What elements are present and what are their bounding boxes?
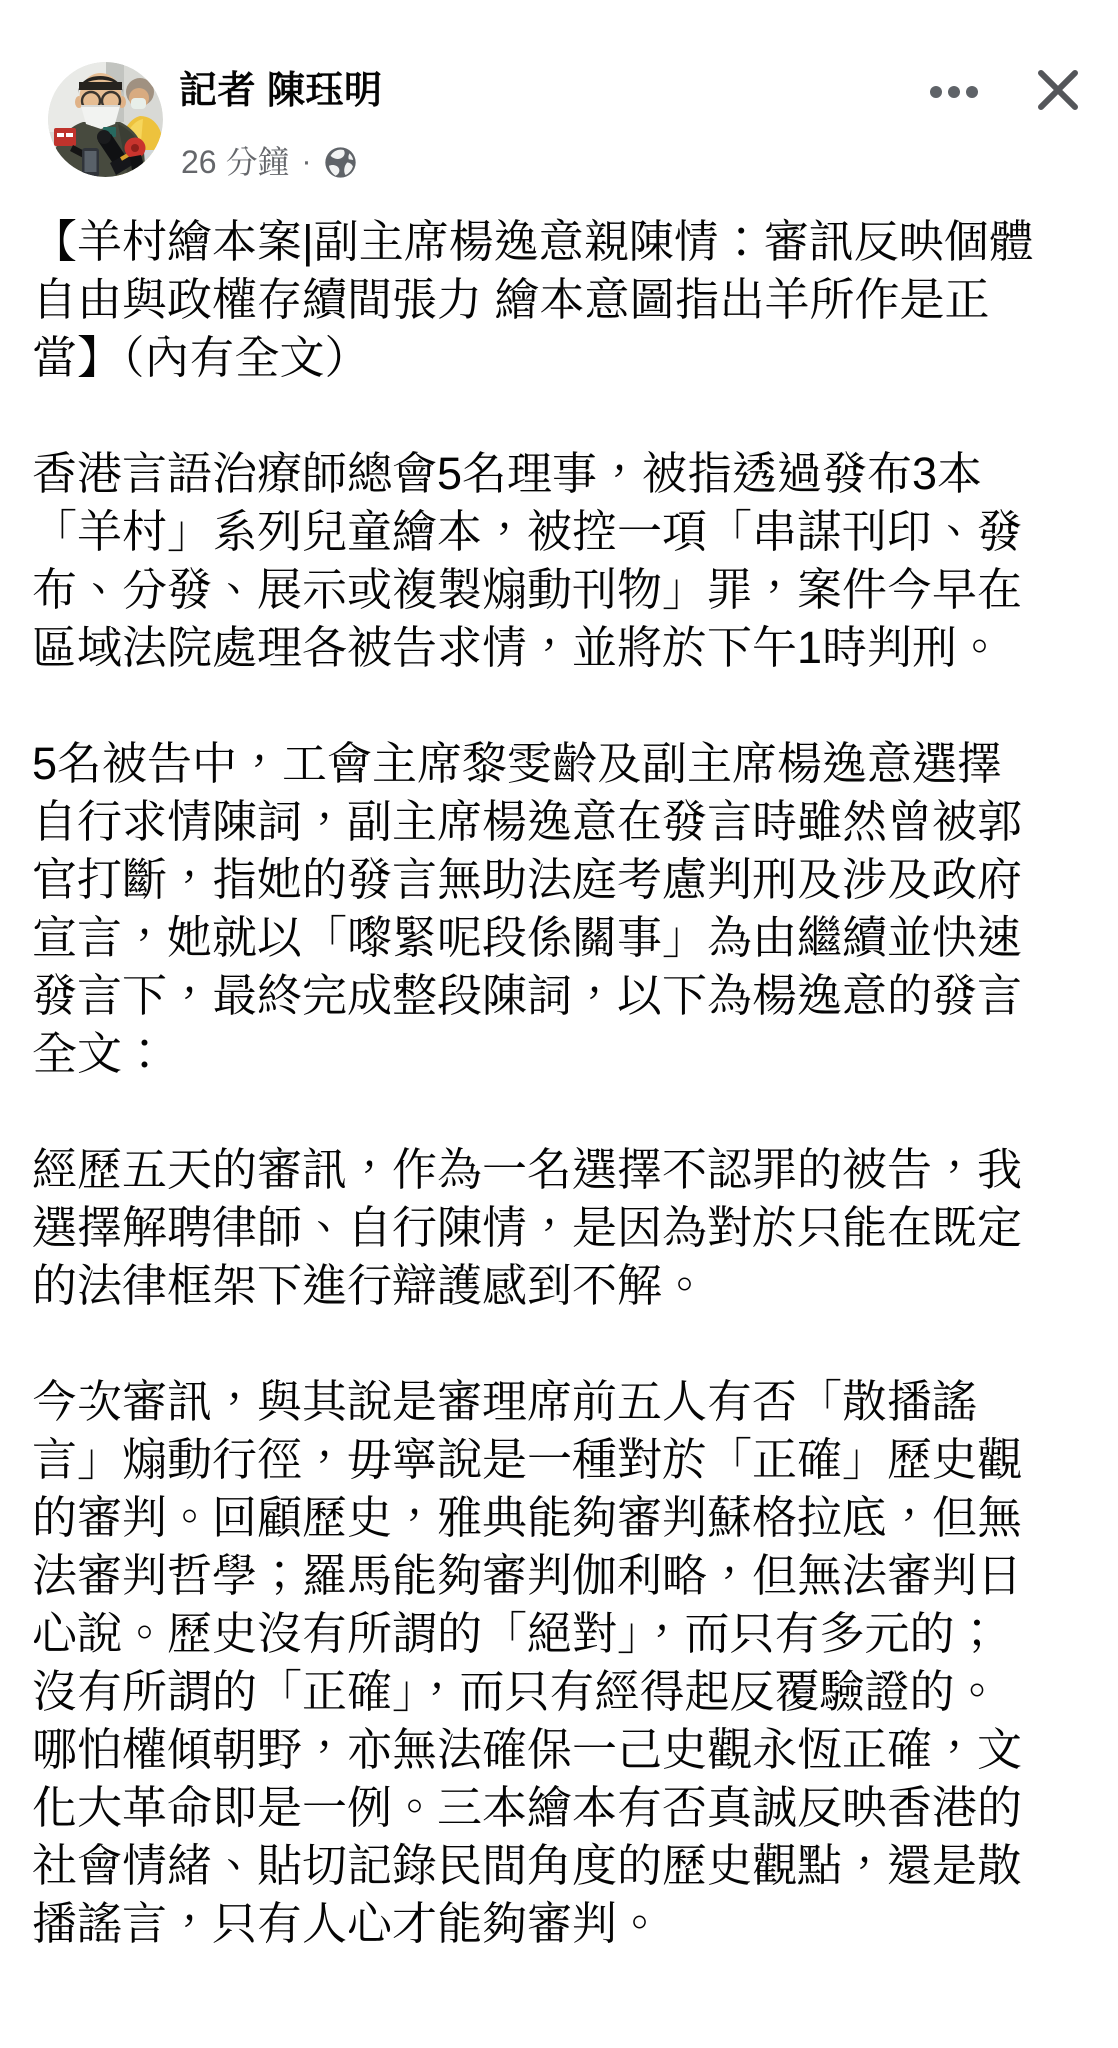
close-button[interactable] xyxy=(1030,62,1086,118)
more-options-button[interactable] xyxy=(922,70,986,114)
post-header: 記者 陳珏明 26 分鐘 · xyxy=(0,0,1118,177)
author-name[interactable]: 記者 陳珏明 xyxy=(179,70,383,114)
ellipsis-icon xyxy=(930,86,942,98)
post-paragraph: 香港言語治療師總會5名理事，被指透過發布3本「羊村」系列兒童繪本，被控一項「串謀… xyxy=(32,445,1040,677)
meta-separator: · xyxy=(302,141,312,183)
facebook-post-view: 記者 陳珏明 26 分鐘 · xyxy=(0,0,1118,2048)
avatar-photo-illustration xyxy=(48,62,163,177)
post-paragraph: 5名被告中，工會主席黎雯齡及副主席楊逸意選擇自行求情陳詞，副主席楊逸意在發言時雖… xyxy=(32,735,1040,1083)
post-paragraph: 經歷五天的審訊，作為一名選擇不認罪的被告，我選擇解聘律師、自行陳情，是因為對於只… xyxy=(32,1141,1040,1315)
post-paragraph: 今次審訊，與其說是審理席前五人有否「散播謠言」煽動行徑，毋寧說是一種對於「正確」… xyxy=(32,1373,1040,1953)
post-paragraph: 【羊村繪本案|副主席楊逸意親陳情：審訊反映個體自由與政權存續間張力 繪本意圖指出… xyxy=(32,213,1040,387)
avatar[interactable] xyxy=(48,62,163,177)
post-meta: 26 分鐘 · xyxy=(181,141,357,183)
timestamp[interactable]: 26 分鐘 xyxy=(181,141,290,183)
globe-icon xyxy=(324,146,357,179)
close-icon xyxy=(1034,66,1082,114)
post-body: 【羊村繪本案|副主席楊逸意親陳情：審訊反映個體自由與政權存續間張力 繪本意圖指出… xyxy=(0,177,1118,1953)
